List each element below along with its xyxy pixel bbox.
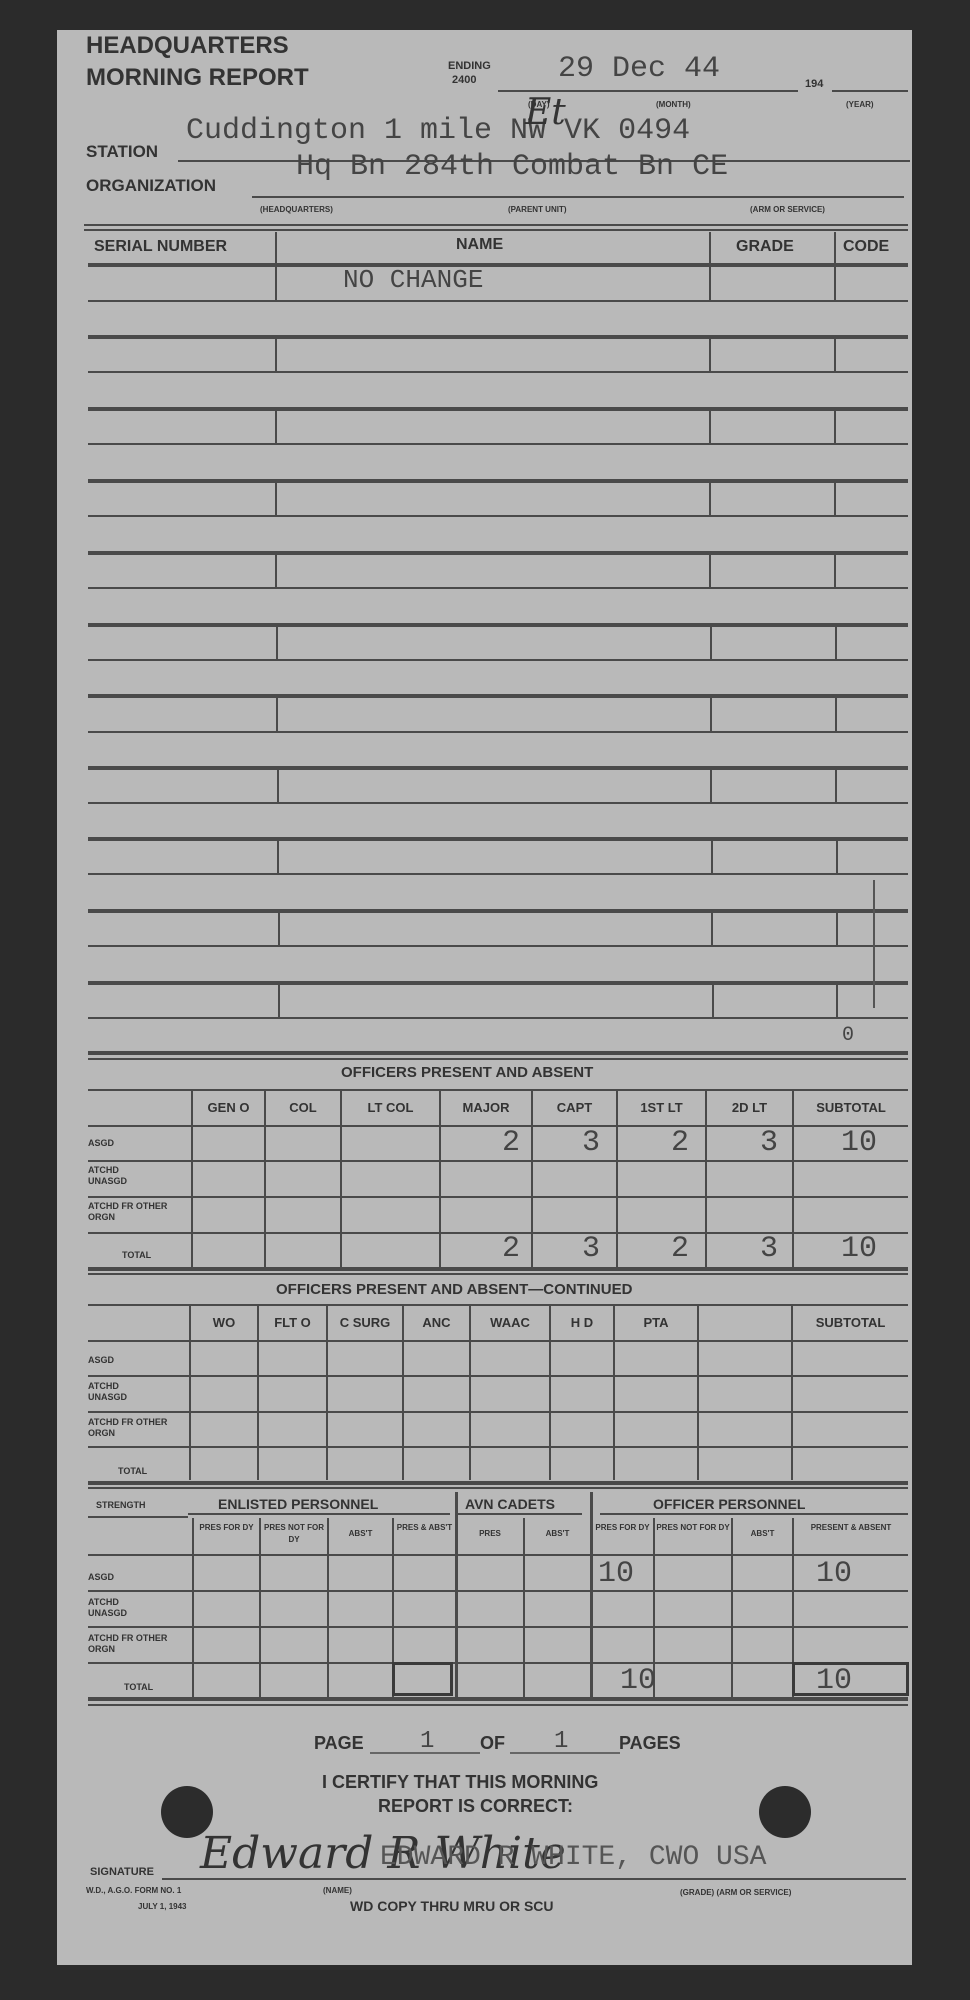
cont-row-atchd-fr: ATCHD FR OTHER ORGN: [88, 1417, 168, 1439]
form-title-line1: HEADQUARTERS: [86, 32, 289, 60]
officers-title: OFFICERS PRESENT AND ABSENT: [341, 1064, 593, 1081]
station-label: STATION: [86, 142, 158, 162]
caption-headquarters: (HEADQUARTERS): [260, 205, 333, 214]
form-title-line2: MORNING REPORT: [86, 64, 309, 92]
cont-row-asgd: ASGD: [88, 1355, 114, 1366]
month-caption: (MONTH): [656, 100, 691, 109]
col-anc: ANC: [403, 1315, 470, 1330]
strength-label: STRENGTH: [96, 1500, 146, 1511]
grade-caption: (GRADE) (ARM OR SERVICE): [680, 1888, 791, 1897]
col-pta: PTA: [614, 1315, 698, 1330]
col-major: MAJOR: [440, 1100, 532, 1115]
form-id-line2: JULY 1, 1943: [138, 1902, 186, 1911]
pages-label: PAGES: [619, 1733, 681, 1754]
certify-line1: I CERTIFY THAT THIS MORNING: [322, 1772, 598, 1793]
asgd-major: 2: [440, 1126, 520, 1160]
page-label: PAGE: [314, 1733, 364, 1754]
sub-enl-pres-not-for-dy: PRES NOT FOR DY: [260, 1522, 328, 1546]
station-correction: Et: [525, 92, 566, 133]
caption-arm-service: (ARM OR SERVICE): [750, 205, 825, 214]
cont-row-atchd-unasgd: ATCHD UNASGD: [88, 1381, 148, 1403]
cont-row-total: TOTAL: [118, 1466, 147, 1477]
signature-label: SIGNATURE: [90, 1866, 154, 1878]
total-subtotal: 10: [793, 1232, 877, 1266]
col-subtotal-2: SUBTOTAL: [792, 1315, 909, 1330]
total-1st-lt: 2: [617, 1232, 689, 1266]
sub-off-abst: ABS'T: [732, 1528, 793, 1540]
total-2d-lt: 3: [706, 1232, 778, 1266]
sub-avn-pres: PRES: [456, 1528, 524, 1540]
col-h-d: H D: [550, 1315, 614, 1330]
organization-label: ORGANIZATION: [86, 176, 216, 196]
sub-enl-pres-abst: PRES & ABS'T: [393, 1522, 456, 1534]
row-asgd: ASGD: [88, 1138, 114, 1149]
ending-time: 2400: [452, 74, 476, 86]
col-2d-lt: 2D LT: [706, 1100, 793, 1115]
asgd-officer-pres-for-dy: 10: [598, 1557, 648, 1591]
asgd-2d-lt: 3: [706, 1126, 778, 1160]
sub-enl-abst: ABS'T: [328, 1528, 393, 1540]
col-lt-col: LT COL: [341, 1100, 440, 1115]
sub-off-present-absent: PRESENT & ABSENT: [793, 1522, 909, 1534]
asgd-officer-present-absent: 10: [816, 1557, 876, 1591]
name-caption: (NAME): [323, 1886, 352, 1895]
col-code: CODE: [843, 238, 889, 256]
morning-report-form: [57, 30, 912, 1965]
col-grade: GRADE: [736, 238, 794, 256]
col-gen-o: GEN O: [192, 1100, 265, 1115]
sub-off-pres-for-dy: PRES FOR DY: [591, 1522, 654, 1534]
page-total: 1: [554, 1728, 568, 1755]
group-enlisted: ENLISTED PERSONNEL: [218, 1496, 378, 1512]
organization-value: Hq Bn 284th Combat Bn CE: [296, 150, 728, 184]
caption-parent-unit: (PARENT UNIT): [508, 205, 567, 214]
sub-off-pres-not-for-dy: PRES NOT FOR DY: [654, 1522, 732, 1534]
ending-label: ENDING: [448, 60, 491, 72]
group-officer-personnel: OFFICER PERSONNEL: [653, 1496, 805, 1512]
str-row-asgd: ASGD: [88, 1572, 114, 1583]
asgd-1st-lt: 2: [617, 1126, 689, 1160]
typed-name: EDWARD R WHITE, CWO USA: [380, 1842, 766, 1873]
col-subtotal: SUBTOTAL: [793, 1100, 909, 1115]
roster-entry: NO CHANGE: [343, 265, 483, 295]
total-capt: 3: [532, 1232, 600, 1266]
str-row-atchd-fr: ATCHD FR OTHER ORGN: [88, 1633, 168, 1655]
form-id-line1: W.D., A.G.O. FORM NO. 1: [86, 1886, 181, 1895]
col-c-surg: C SURG: [327, 1315, 403, 1330]
officers-continued-title: OFFICERS PRESENT AND ABSENT—CONTINUED: [276, 1281, 632, 1298]
col-capt: CAPT: [532, 1100, 617, 1115]
asgd-capt: 3: [532, 1126, 600, 1160]
of-label: OF: [480, 1733, 505, 1754]
sub-avn-abst: ABS'T: [524, 1528, 591, 1540]
total-officer-present-absent: 10: [816, 1664, 876, 1698]
routing-note: WD COPY THRU MRU OR SCU: [350, 1898, 554, 1914]
col-name: NAME: [456, 236, 503, 254]
col-flt-o: FLT O: [258, 1315, 327, 1330]
str-row-total: TOTAL: [124, 1682, 153, 1693]
total-major: 2: [440, 1232, 520, 1266]
page-number: 1: [420, 1728, 434, 1755]
margin-mark: 0: [842, 1024, 854, 1047]
punch-hole-right: [759, 1786, 811, 1838]
str-row-atchd-unasgd: ATCHD UNASGD: [88, 1597, 148, 1619]
col-wo: WO: [190, 1315, 258, 1330]
sub-enl-pres-for-dy: PRES FOR DY: [193, 1522, 260, 1534]
row-total: TOTAL: [122, 1250, 151, 1261]
row-atchd-unasgd: ATCHD UNASGD: [88, 1165, 148, 1187]
row-atchd-fr: ATCHD FR OTHER ORGN: [88, 1201, 168, 1223]
year-prefix: 194: [805, 78, 823, 90]
col-col: COL: [265, 1100, 341, 1115]
report-date: 29 Dec 44: [558, 52, 720, 86]
group-avn-cadets: AVN CADETS: [465, 1496, 555, 1512]
asgd-subtotal: 10: [793, 1126, 877, 1160]
total-officer-pres-for-dy: 10: [620, 1664, 670, 1698]
col-serial-number: SERIAL NUMBER: [94, 238, 227, 256]
year-caption: (YEAR): [846, 100, 874, 109]
certify-line2: REPORT IS CORRECT:: [378, 1796, 573, 1817]
col-1st-lt: 1ST LT: [617, 1100, 706, 1115]
station-value: Cuddington 1 mile NW VK 0494: [186, 114, 690, 148]
col-waac: WAAC: [470, 1315, 550, 1330]
